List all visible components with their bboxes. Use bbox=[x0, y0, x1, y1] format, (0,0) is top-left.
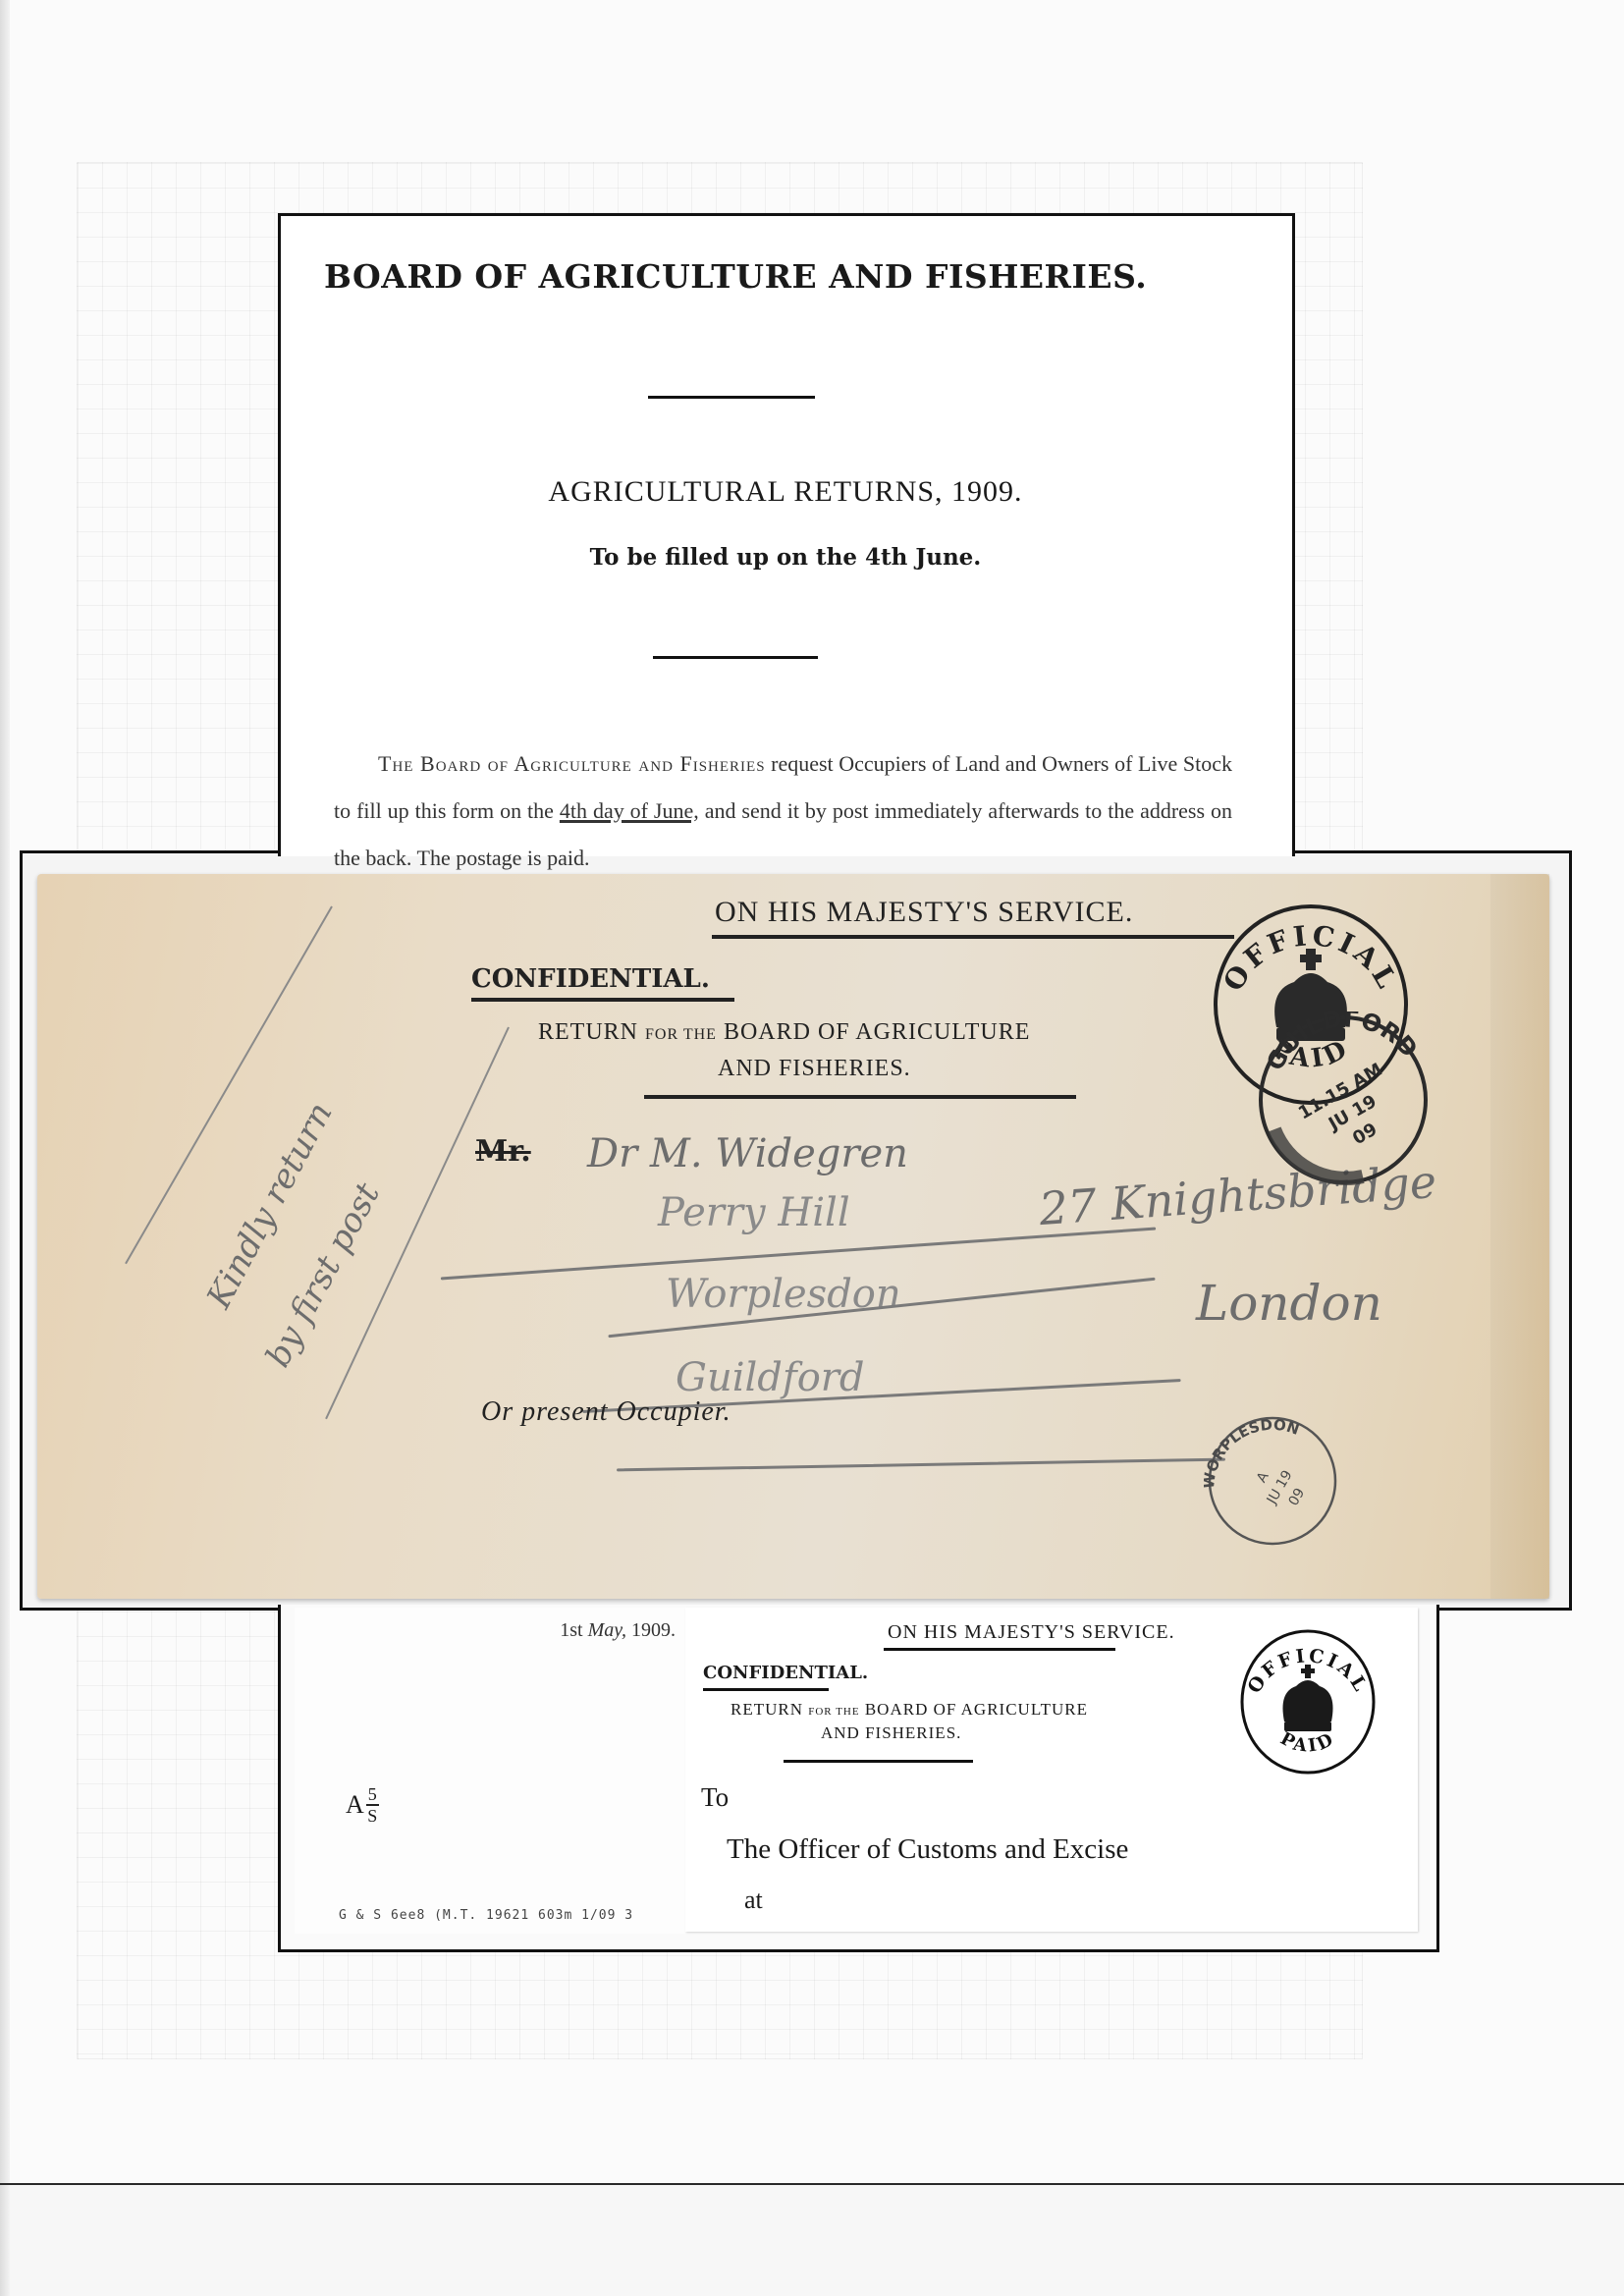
card-return-for-the: for the bbox=[808, 1706, 859, 1718]
worplesdon-postmark: WORPLESDON A JU 19 09 bbox=[1204, 1412, 1341, 1550]
form-code-letter: A bbox=[346, 1790, 364, 1820]
form-back-panel: 1st May, 1909. A 5 S G & S 6ee8 (M.T. 19… bbox=[295, 1608, 685, 1934]
form-code-fraction: 5 S bbox=[366, 1784, 379, 1826]
return-for-the: for the bbox=[645, 1026, 717, 1043]
card-return-board: BOARD OF AGRICULTURE bbox=[865, 1700, 1088, 1719]
confidential-underline bbox=[471, 998, 734, 1002]
struck-line-3: Guildford bbox=[676, 1355, 865, 1400]
intro-paragraph: The Board of Agriculture and Fisheries r… bbox=[334, 740, 1232, 882]
forward-city: London bbox=[1196, 1275, 1382, 1332]
card-to: To bbox=[701, 1782, 729, 1813]
card-ohms-underline bbox=[884, 1648, 1115, 1651]
form-code-numerator: 5 bbox=[366, 1784, 379, 1806]
divider-bottom bbox=[653, 656, 818, 659]
card-ohms-header: ON HIS MAJESTY'S SERVICE. bbox=[888, 1621, 1175, 1644]
confidential-label: CONFIDENTIAL. bbox=[471, 964, 710, 994]
return-line-1: RETURN for the BOARD OF AGRICULTURE bbox=[538, 1019, 1030, 1046]
board-name: The Board of Agriculture and Fisheries bbox=[378, 751, 766, 776]
form-code-denominator: S bbox=[367, 1806, 377, 1826]
form-cover: BOARD OF AGRICULTURE AND FISHERIES. AGRI… bbox=[295, 228, 1276, 856]
date-month: May, bbox=[588, 1619, 626, 1641]
return-board: BOARD OF AGRICULTURE bbox=[724, 1019, 1031, 1045]
envelope-fold bbox=[1490, 874, 1549, 1599]
return-line-2: AND FISHERIES. bbox=[718, 1056, 911, 1082]
issue-date: 1st May, 1909. bbox=[560, 1619, 676, 1642]
deadline-date: 4th day of June, bbox=[560, 798, 699, 823]
card-return-line-1: RETURN for the BOARD OF AGRICULTURE bbox=[731, 1700, 1088, 1720]
card-official-paid-stamp: OFFICIAL PAID bbox=[1237, 1627, 1379, 1777]
address-card: ON HIS MAJESTY'S SERVICE. CONFIDENTIAL. … bbox=[685, 1608, 1418, 1932]
struck-line-1: Perry Hill bbox=[658, 1190, 850, 1235]
returns-title: AGRICULTURAL RETURNS, 1909. bbox=[295, 475, 1276, 509]
svg-text:A: A bbox=[1254, 1469, 1272, 1486]
strike-mark-4 bbox=[617, 1458, 1225, 1472]
ohms-header: ON HIS MAJESTY'S SERVICE. bbox=[715, 896, 1133, 929]
guildford-postmark: GUILDFORD 11.15 AM JU 19 09 bbox=[1255, 1011, 1432, 1188]
divider-top bbox=[648, 396, 815, 399]
envelope: ON HIS MAJESTY'S SERVICE. CONFIDENTIAL. … bbox=[37, 874, 1549, 1599]
printer-imprint: G & S 6ee8 (M.T. 19621 603m 1/09 3 bbox=[339, 1908, 633, 1923]
pencil-bracket-upper bbox=[125, 906, 333, 1265]
page-bottom-edge bbox=[0, 2183, 1624, 2185]
card-confidential: CONFIDENTIAL. bbox=[703, 1663, 868, 1683]
return-underline bbox=[644, 1095, 1076, 1099]
fill-instruction: To be filled up on the 4th June. bbox=[295, 544, 1276, 571]
card-confidential-underline bbox=[703, 1688, 829, 1691]
card-at: at bbox=[744, 1886, 763, 1915]
svg-text:PAID: PAID bbox=[1276, 1728, 1338, 1757]
page-edge-shadow bbox=[0, 0, 10, 2296]
ohms-underline bbox=[712, 935, 1234, 939]
card-officer: The Officer of Customs and Excise bbox=[727, 1833, 1128, 1866]
salutation-struck: Mr. bbox=[475, 1134, 531, 1169]
card-return-underline bbox=[784, 1760, 973, 1763]
crown-icon: OFFICIAL PAID bbox=[1237, 1627, 1379, 1777]
handwritten-addressee: Dr M. Widegren bbox=[587, 1131, 908, 1176]
card-return-line-2: AND FISHERIES. bbox=[821, 1723, 961, 1743]
or-present-occupier: Or present Occupier. bbox=[481, 1396, 731, 1428]
board-title: BOARD OF AGRICULTURE AND FISHERIES. bbox=[324, 257, 1247, 296]
date-day: 1st bbox=[560, 1619, 582, 1641]
date-year: 1909. bbox=[631, 1619, 676, 1641]
svg-text:GUILDFORD: GUILDFORD bbox=[1261, 1011, 1423, 1075]
svg-text:09: 09 bbox=[1286, 1486, 1309, 1508]
form-code: A 5 S bbox=[346, 1784, 379, 1826]
return-prefix: RETURN bbox=[538, 1019, 638, 1045]
card-return-prefix: RETURN bbox=[731, 1700, 803, 1719]
